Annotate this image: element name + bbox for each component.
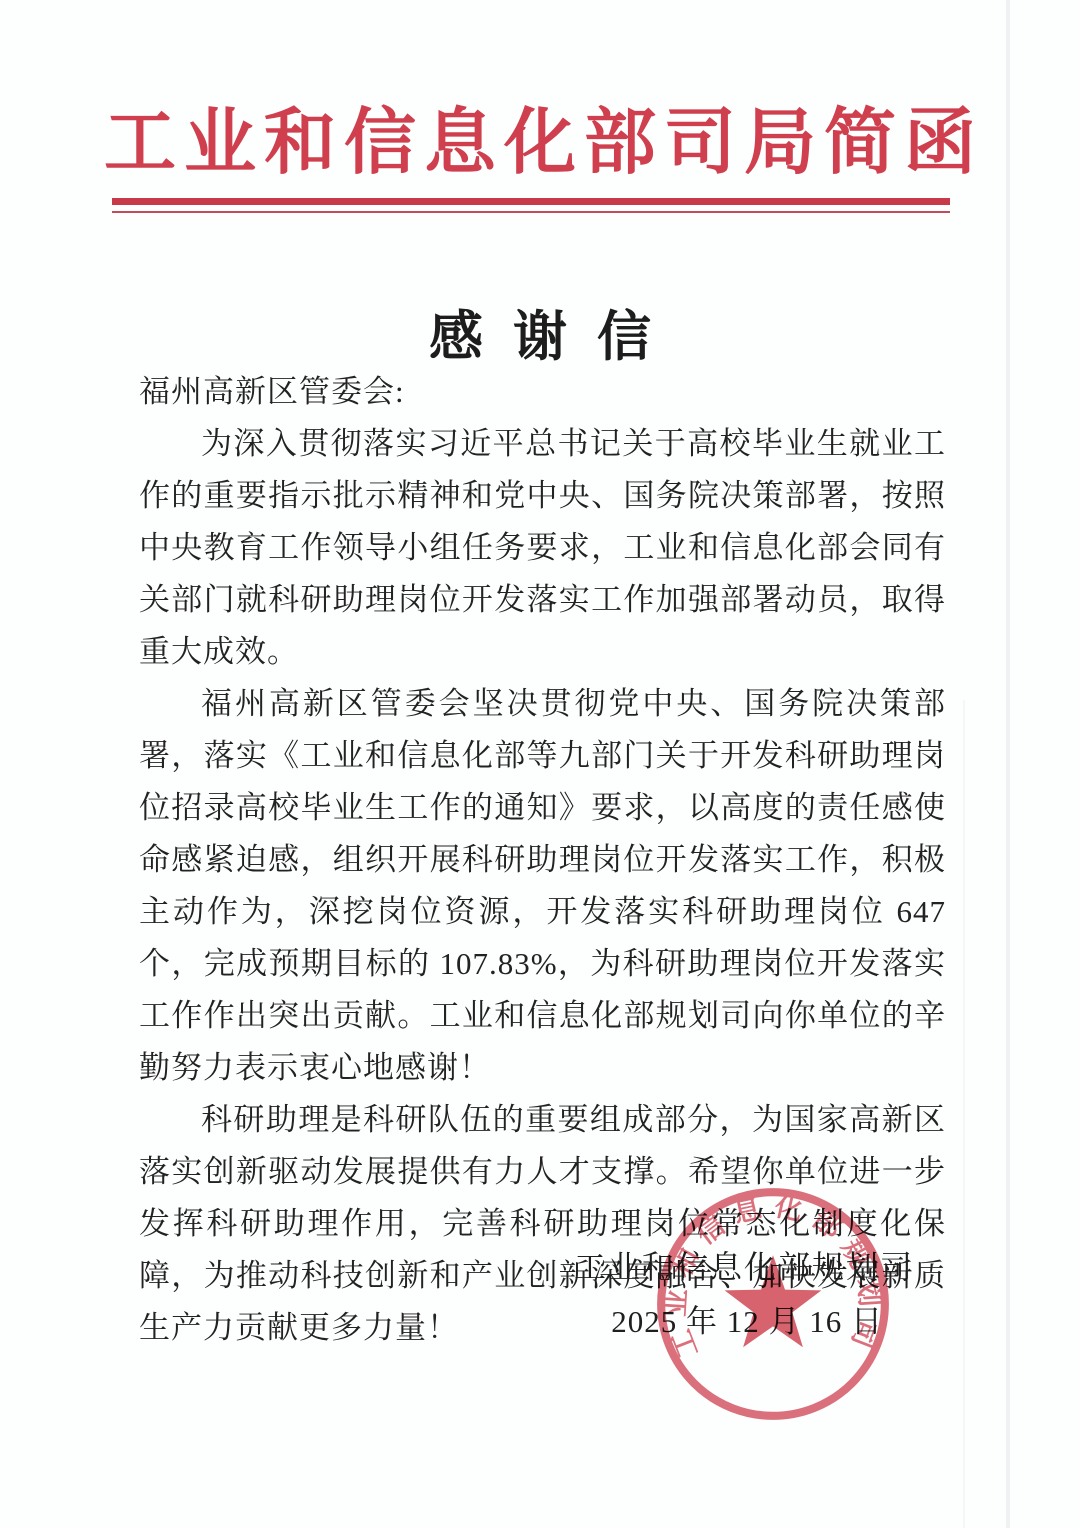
rule-thin-line: [112, 211, 950, 213]
letterhead-double-rule: [112, 198, 950, 213]
paragraph-2: 福州高新区管委会坚决贯彻党中央、国务院决策部署，落实《工业和信息化部等九部门关于…: [139, 678, 946, 1094]
letterhead-title: 工业和信息化部司局简函: [0, 84, 1080, 188]
paragraph-1: 为深入贯彻落实习近平总书记关于高校毕业生就业工作的重要指示批示精神和党中央、国务…: [139, 418, 946, 678]
scan-crease: [963, 700, 965, 1528]
official-seal: 工业和信息化部规划司: [651, 1182, 895, 1426]
scan-crease: [1006, 0, 1010, 1528]
document-title: 感谢信: [0, 294, 1080, 371]
star-icon: [725, 1255, 822, 1347]
scanned-letter-page: 工业和信息化部司局简函 感谢信 福州高新区管委会: 为深入贯彻落实习近平总书记关…: [0, 0, 1080, 1528]
rule-thick-line: [112, 198, 950, 205]
salutation: 福州高新区管委会:: [139, 366, 946, 418]
